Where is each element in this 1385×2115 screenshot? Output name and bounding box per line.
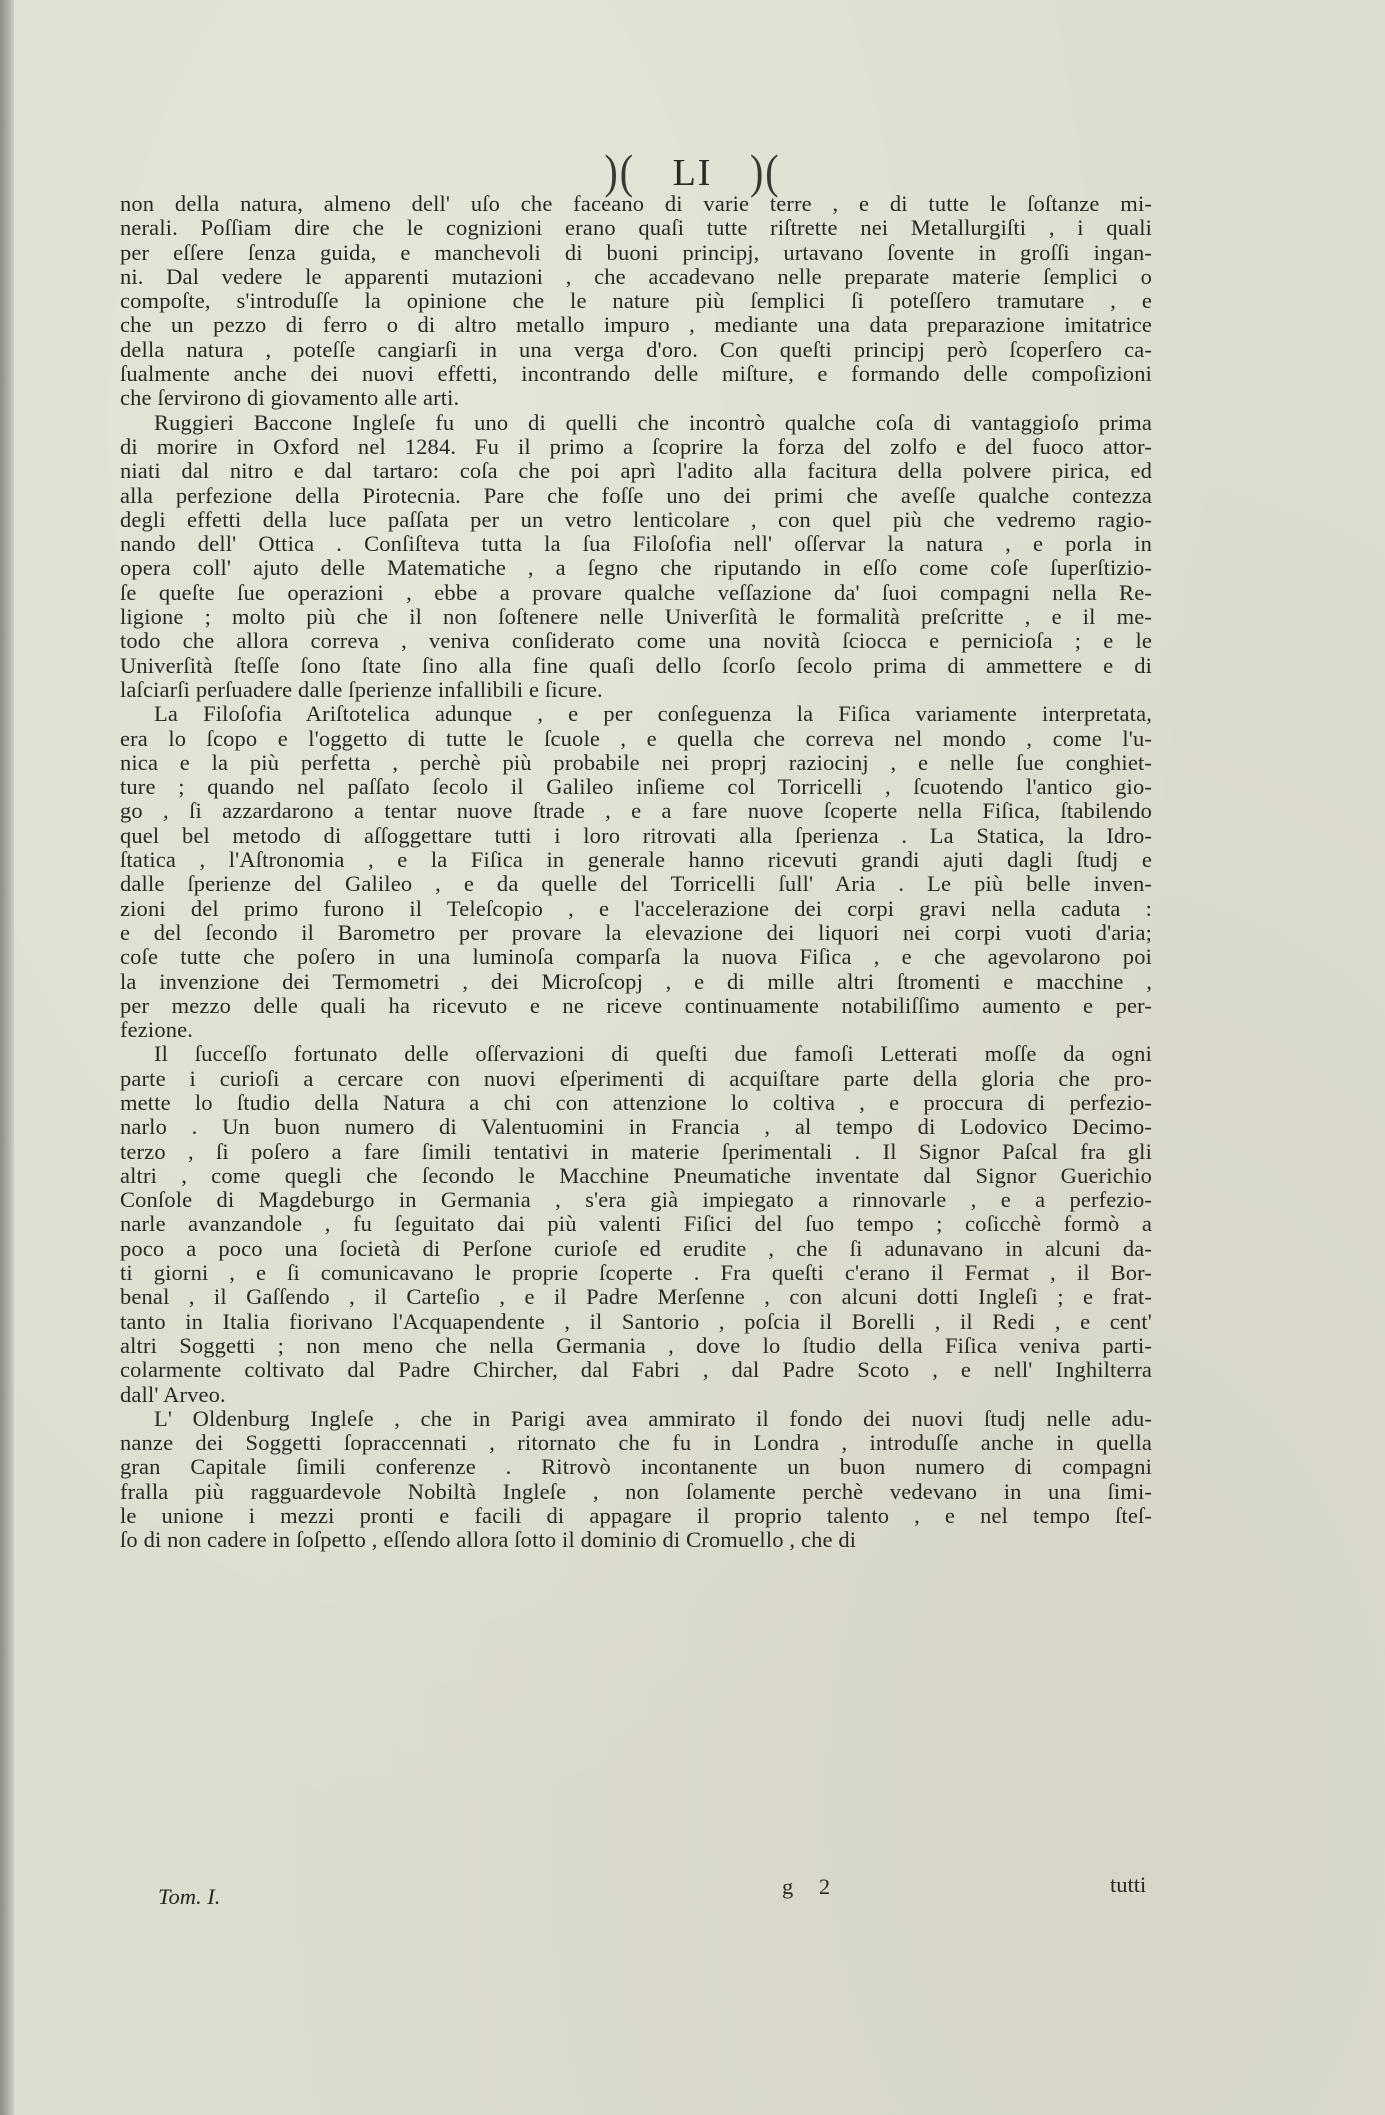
book-binding-edge [0,0,14,2115]
text-line: ture ; quando nel paſſato ſecolo il Gali… [120,775,1152,799]
text-line: della natura , poteſſe cangiarſi in una … [120,338,1152,362]
text-line: la invenzione dei Termometri , dei Micro… [120,970,1152,994]
text-line: dalle ſperienze del Galileo , e da quell… [120,872,1152,896]
paragraph: La Filoſofia Ariſtotelica adunque , e pe… [120,702,1152,1042]
text-line: degli effetti della luce paſſata per un … [120,508,1152,532]
text-line: tanto in Italia fiorivano l'Acquapendent… [120,1310,1152,1334]
text-line: alla perfezione della Pirotecnia. Pare c… [120,484,1152,508]
body-text: non della natura, almeno dell' uſo che f… [120,192,1152,1553]
text-line: non della natura, almeno dell' uſo che f… [120,192,1152,216]
text-line: per mezzo delle quali ha ricevuto e ne r… [120,994,1152,1018]
text-line: dall' Arveo. [120,1383,1152,1407]
text-line: altri , come quegli che ſecondo le Macch… [120,1164,1152,1188]
text-line: poco a poco una ſocietà di Perſone curio… [120,1237,1152,1261]
text-line: gran Capitale ſimili conferenze . Ritrov… [120,1455,1152,1479]
text-line: go , ſi azzardarono a tentar nuove ſtrad… [120,799,1152,823]
text-line: nando dell' Ottica . Conſiſteva tutta la… [120,532,1152,556]
text-line: terzo , ſi poſero a fare ſimili tentativ… [120,1140,1152,1164]
text-line: narle avanzandole , fu ſeguitato dai più… [120,1212,1152,1236]
text-line: colarmente coltivato dal Padre Chircher,… [120,1358,1152,1382]
text-line: opera coll' ajuto delle Matematiche , a … [120,556,1152,580]
text-line: che ſervirono di giovamento alle arti. [120,386,1152,410]
text-line: ſualmente anche dei nuovi effetti, incon… [120,362,1152,386]
text-line: laſciarſi perſuadere dalle ſperienze inf… [120,678,1152,702]
paragraph: non della natura, almeno dell' uſo che f… [120,192,1152,411]
catchword: tutti [1110,1872,1146,1898]
text-line: parte i curioſi a cercare con nuovi eſpe… [120,1067,1152,1091]
text-line: Univerſità ſteſſe ſono ſtate ſino alla f… [120,654,1152,678]
text-line: era lo ſcopo e l'oggetto di tutte le ſcu… [120,727,1152,751]
text-line: mette lo ſtudio della Natura a chi con a… [120,1091,1152,1115]
text-line: di morire in Oxford nel 1284. Fu il prim… [120,435,1152,459]
text-line: per eſſere ſenza guida, e manchevoli di … [120,241,1152,265]
paragraph: Ruggieri Baccone Ingleſe fu uno di quell… [120,411,1152,703]
text-line: Ruggieri Baccone Ingleſe fu uno di quell… [120,411,1152,435]
text-line: compoſte, s'introduſſe la opinione che l… [120,289,1152,313]
text-line: ſo di non cadere in ſoſpetto , eſſendo a… [120,1528,1152,1552]
text-line: benal , il Gaſſendo , il Carteſio , e il… [120,1285,1152,1309]
page-number-header: )( LI )( [0,148,1385,195]
text-line: nerali. Poſſiam dire che le cognizioni e… [120,216,1152,240]
text-line: nica e la più perfetta , perchè più prob… [120,751,1152,775]
text-line: ſe queſte ſue operazioni , ebbe a provar… [120,581,1152,605]
text-line: La Filoſofia Ariſtotelica adunque , e pe… [120,702,1152,726]
text-line: L' Oldenburg Ingleſe , che in Parigi ave… [120,1407,1152,1431]
text-line: quel bel metodo di aſſoggettare tutti i … [120,824,1152,848]
text-line: niati dal nitro e dal tartaro: coſa che … [120,459,1152,483]
text-line: che un pezzo di ferro o di altro metallo… [120,313,1152,337]
signature-mark: g 2 [782,1874,840,1900]
text-line: todo che allora correva , veniva conſide… [120,629,1152,653]
page-footer: Tom. I. g 2 tutti [0,1878,1385,1918]
text-line: le unione i mezzi pronti e facili di app… [120,1504,1152,1528]
text-line: zioni del primo furono il Teleſcopio , e… [120,897,1152,921]
text-line: Conſole di Magdeburgo in Germania , s'er… [120,1188,1152,1212]
text-line: fralla più ragguardevole Nobiltà Ingleſe… [120,1480,1152,1504]
text-line: narlo . Un buon numero di Valentuomini i… [120,1115,1152,1139]
paragraph: Il ſucceſſo fortunato delle oſſervazioni… [120,1042,1152,1406]
text-line: altri Soggetti ; non meno che nella Germ… [120,1334,1152,1358]
text-line: ti giorni , e ſi comunicavano le proprie… [120,1261,1152,1285]
page-number-numeral: LI [673,152,713,194]
paragraph: L' Oldenburg Ingleſe , che in Parigi ave… [120,1407,1152,1553]
text-line: nanze dei Soggetti ſopraccennati , ritor… [120,1431,1152,1455]
text-line: fezione. [120,1018,1152,1042]
text-line: coſe tutte che poſero in una luminoſa co… [120,945,1152,969]
text-line: e del ſecondo il Barometro per provare l… [120,921,1152,945]
volume-label: Tom. I. [158,1884,220,1910]
text-line: Il ſucceſſo fortunato delle oſſervazioni… [120,1042,1152,1066]
text-line: ſtatica , l'Aſtronomia , e la Fiſica in … [120,848,1152,872]
text-line: ligione ; molto più che il non ſoſtenere… [120,605,1152,629]
text-line: ni. Dal vedere le apparenti mutazioni , … [120,265,1152,289]
